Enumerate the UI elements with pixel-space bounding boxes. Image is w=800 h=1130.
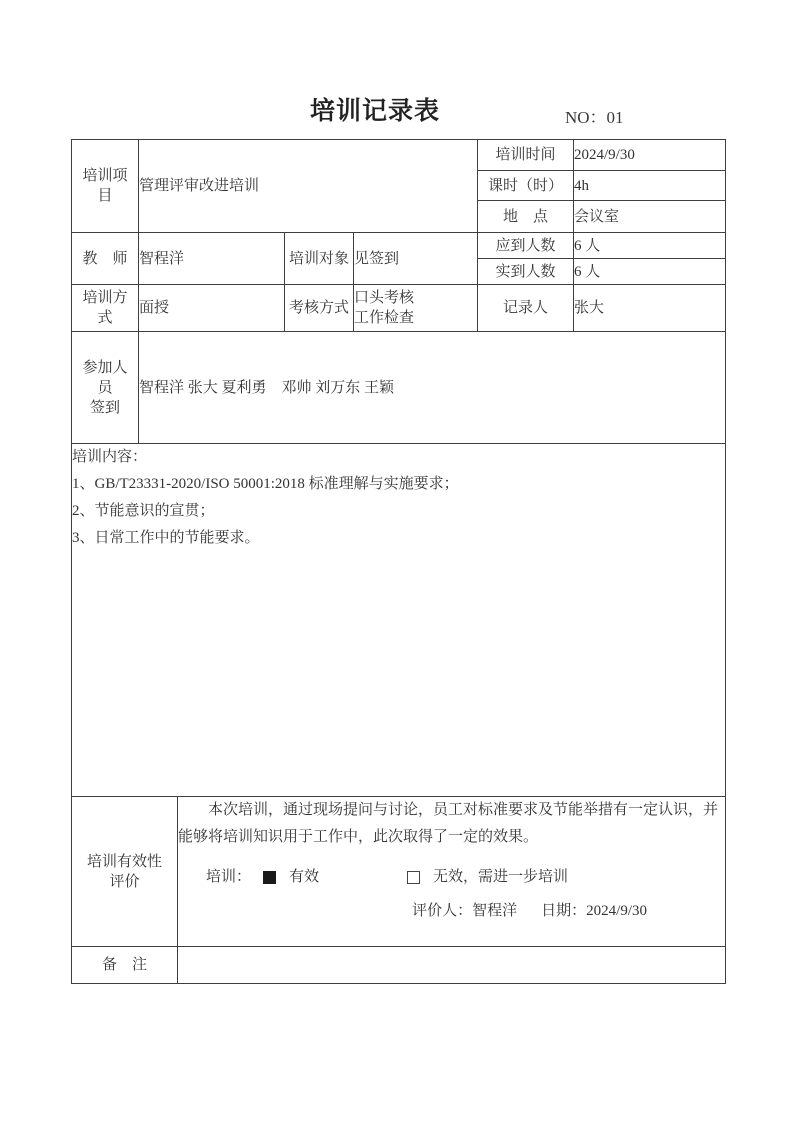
content-heading: 培训内容： xyxy=(72,444,725,471)
expected-count-value: 6 人 xyxy=(574,233,726,259)
evaluator-label: 评价人： xyxy=(412,903,472,919)
recorder-value: 张大 xyxy=(574,285,726,332)
effective-label: 有效 xyxy=(289,867,319,887)
recorder-label: 记录人 xyxy=(478,285,574,332)
doc-number: NO：01 xyxy=(565,103,624,128)
checkbox-ineffective-unchecked-icon xyxy=(407,871,420,884)
ineffective-label: 无效，需进一步培训 xyxy=(433,867,568,887)
location-label: 地 点 xyxy=(478,201,574,233)
evaluator-name: 智程洋 xyxy=(472,903,517,919)
teacher-value: 智程洋 xyxy=(139,233,285,285)
location-value: 会议室 xyxy=(574,201,726,233)
assessment-value: 口头考核 工作检查 xyxy=(354,285,478,332)
checkbox-effective-checked-icon xyxy=(263,871,276,884)
class-hours-value: 4h xyxy=(574,171,726,201)
evaluator-line: 评价人：智程洋日期：2024/9/30 xyxy=(178,901,725,921)
date-label: 日期： xyxy=(541,903,586,919)
date-value: 2024/9/30 xyxy=(586,903,647,919)
training-time-value: 2024/9/30 xyxy=(574,140,726,171)
audience-label: 培训对象 xyxy=(285,233,354,285)
content-item-2: 2、节能意识的宣贯； xyxy=(72,498,725,525)
teacher-label: 教 师 xyxy=(72,233,139,285)
training-content-cell: 培训内容： 1、GB/T23331-2020/ISO 50001:2018 标准… xyxy=(72,444,726,797)
actual-count-value: 6 人 xyxy=(574,259,726,285)
document-header: 培训记录表 NO：01 xyxy=(71,96,725,130)
content-item-1: 1、GB/T23331-2020/ISO 50001:2018 标准理解与实施要… xyxy=(72,471,725,498)
expected-count-label: 应到人数 xyxy=(478,233,574,259)
actual-count-label: 实到人数 xyxy=(478,259,574,285)
audience-value: 见签到 xyxy=(354,233,478,285)
remark-value xyxy=(178,947,726,984)
effectiveness-label: 培训有效性 评价 xyxy=(72,797,178,947)
remark-label: 备 注 xyxy=(72,947,178,984)
assessment-label: 考核方式 xyxy=(285,285,354,332)
evaluation-paragraph: 本次培训，通过现场提问与讨论，员工对标准要求及节能举措有一定认识，并能够将培训知… xyxy=(178,797,725,851)
training-record-table: 培训项 目 管理评审改进培训 培训时间 2024/9/30 课时（时） 4h 地… xyxy=(71,139,726,984)
method-label: 培训方 式 xyxy=(72,285,139,332)
page-title: 培训记录表 xyxy=(310,96,440,126)
training-time-label: 培训时间 xyxy=(478,140,574,171)
document-page: 培训记录表 NO：01 培训项 目 管理评审改进培训 培训时间 2024/9/3… xyxy=(0,0,800,1130)
project-value: 管理评审改进培训 xyxy=(139,140,478,233)
method-value: 面授 xyxy=(139,285,285,332)
content-item-3: 3、日常工作中的节能要求。 xyxy=(72,525,725,552)
signin-names: 智程洋 张大 夏利勇 邓帅 刘万东 王颖 xyxy=(139,332,726,444)
effectiveness-cell: 本次培训，通过现场提问与讨论，员工对标准要求及节能举措有一定认识，并能够将培训知… xyxy=(178,797,726,947)
check-prefix-label: 培训： xyxy=(206,867,251,887)
signin-label: 参加人 员 签到 xyxy=(72,332,139,444)
class-hours-label: 课时（时） xyxy=(478,171,574,201)
project-label: 培训项 目 xyxy=(72,140,139,233)
evaluation-check-line: 培训： 有效 无效，需进一步培训 xyxy=(206,867,725,887)
